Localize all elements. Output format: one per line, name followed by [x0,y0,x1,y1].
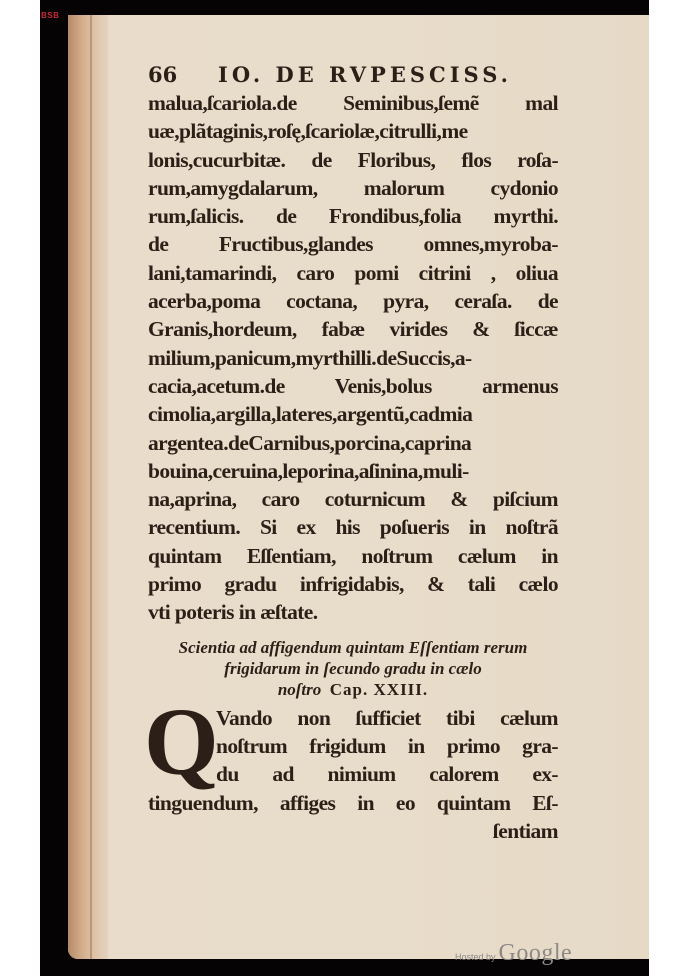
google-logo: Google [499,940,573,967]
chapter-heading-word: noſtro [278,680,321,699]
text-line: lonis,cucurbitæ. de Floribus, flos roſa- [148,146,558,174]
running-head: 66 IO. DE RVPESCISS. [148,62,558,89]
text-line: de Fructibus,glandes omnes,myroba- [148,230,558,258]
text-line: vti poteris in æſtate. [148,598,558,626]
text-line: primo gradu infrigidabis, & tali cælo [148,570,558,598]
text-line: recentium. Si ex his poſueris in noſtrã [148,513,558,541]
text-line: cacia,acetum.de Venis,bolus armenus [148,372,558,400]
library-mark: BSB [41,11,59,20]
chapter-body: Q Vando non ſufficiet tibi cælum noſtrum… [148,704,558,845]
chapter-heading-line: frigidarum in ſecundo gradu in cælo [148,658,558,679]
text-line: bouina,ceruina,leporina,aſinina,muli- [148,457,558,485]
page-edge [68,15,108,959]
page-edge-line [90,15,92,959]
dropcap-letter: Q [144,700,219,784]
hosted-by-watermark: Hosted by Google [455,940,572,967]
chapter-number: Cap. XXIII. [330,680,428,699]
text-line: uæ,plãtaginis,roſę,ſcariolæ,citrulli,me [148,117,558,145]
hosted-by-label: Hosted by [455,952,496,962]
text-line: malua,ſcariola.de Seminibus,ſemẽ mal [148,89,558,117]
text-line: milium,panicum,myrthilli.deSuccis,a- [148,344,558,372]
text-line: Granis,hordeum, fabæ virides & ſiccæ [148,315,558,343]
text-line: argentea.deCarnibus,porcina,caprina [148,429,558,457]
page-number: 66 [148,62,218,87]
text-line: quintam Eſſentiam, noſtrum cælum in [148,542,558,570]
body-text: malua,ſcariola.de Seminibus,ſemẽ mal uæ,… [148,89,558,627]
chapter-heading-line: Scientia ad affigendum quintam Eſſentiam… [148,637,558,658]
text-line: cimolia,argilla,lateres,argentũ,cadmia [148,400,558,428]
running-title: IO. DE RVPESCISS. [218,62,512,87]
text-line: acerba,poma coctana, pyra, ceraſa. de [148,287,558,315]
catchword: ſentiam [148,817,558,845]
text-line: lani,tamarindi, caro pomi citrini , oliu… [148,259,558,287]
text-block: 66 IO. DE RVPESCISS. malua,ſcariola.de S… [148,62,558,845]
text-line: rum,ſalicis. de Frondibus,folia myrthi. [148,202,558,230]
text-line: na,aprina, caro coturnicum & piſcium [148,485,558,513]
text-line: rum,amygdalarum, malorum cydonio [148,174,558,202]
